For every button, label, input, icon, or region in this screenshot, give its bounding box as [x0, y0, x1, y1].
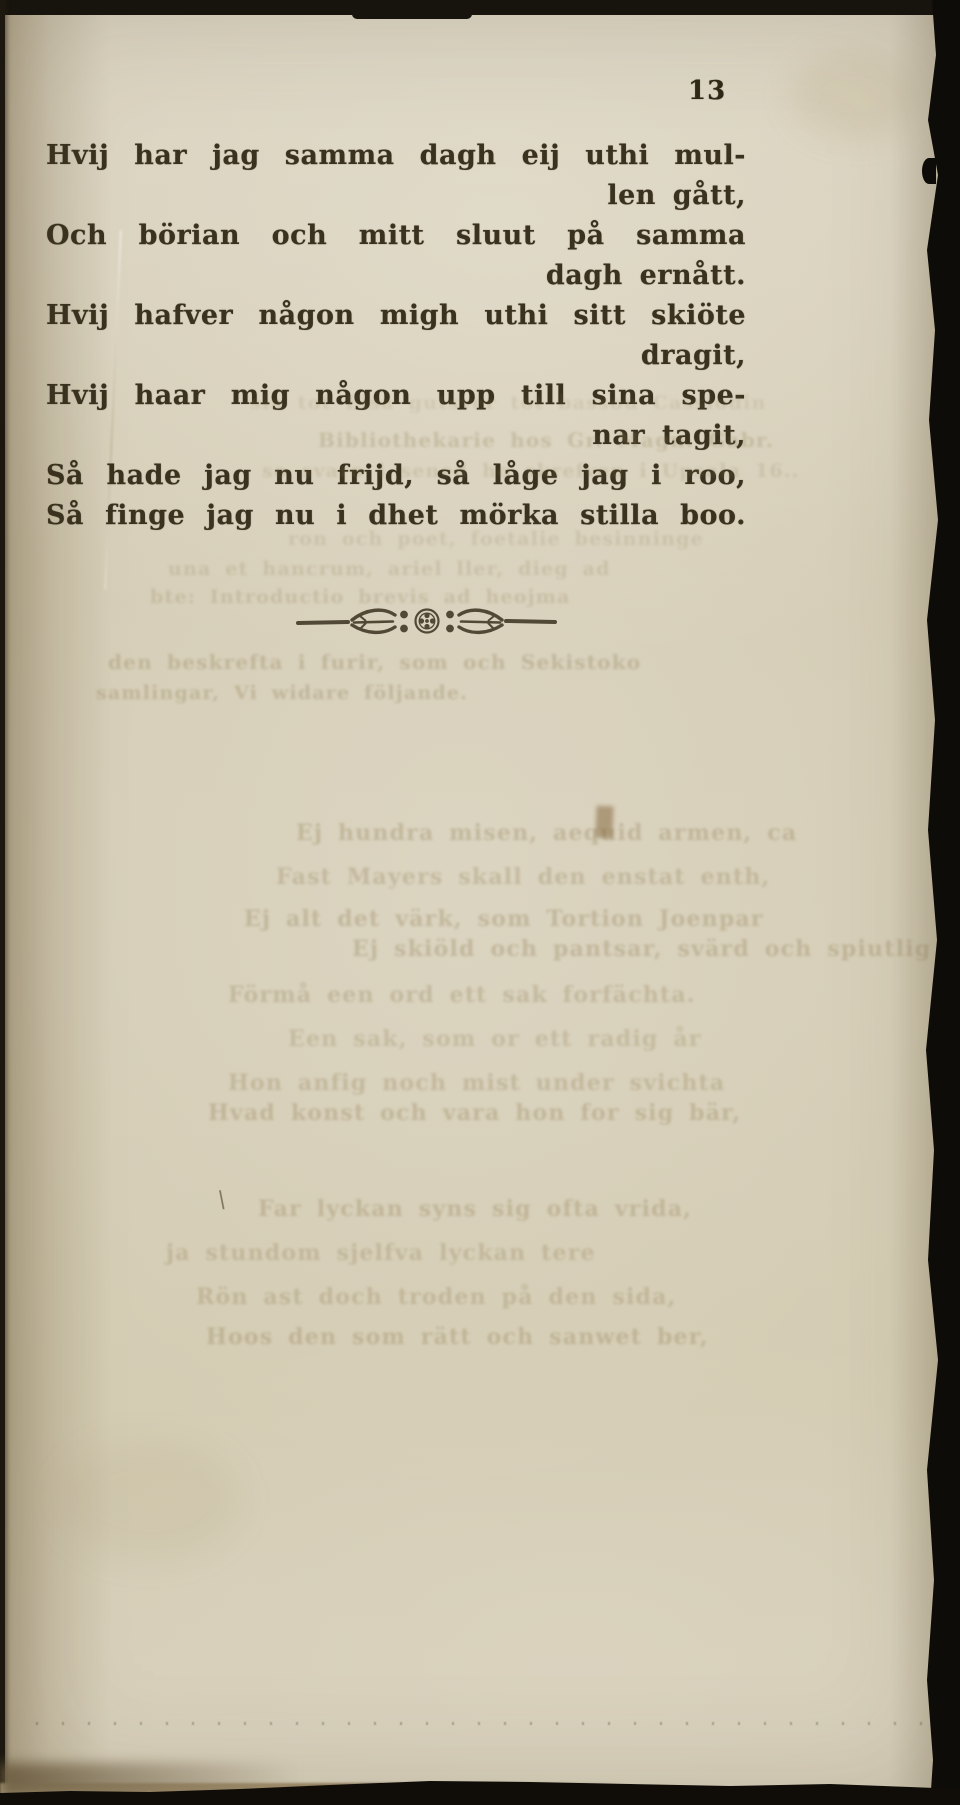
photo-edge-left — [0, 0, 5, 1805]
photo-vignette — [0, 0, 960, 1805]
photo-edge-notch — [352, 14, 472, 19]
paper-edge-blob — [922, 158, 936, 184]
photo-edge-top — [0, 0, 960, 15]
page-paper: 13 Hvij har jag samma dagh eij uthi mul-… — [0, 0, 960, 1805]
book-page-photo: 13 Hvij har jag samma dagh eij uthi mul-… — [0, 0, 960, 1805]
